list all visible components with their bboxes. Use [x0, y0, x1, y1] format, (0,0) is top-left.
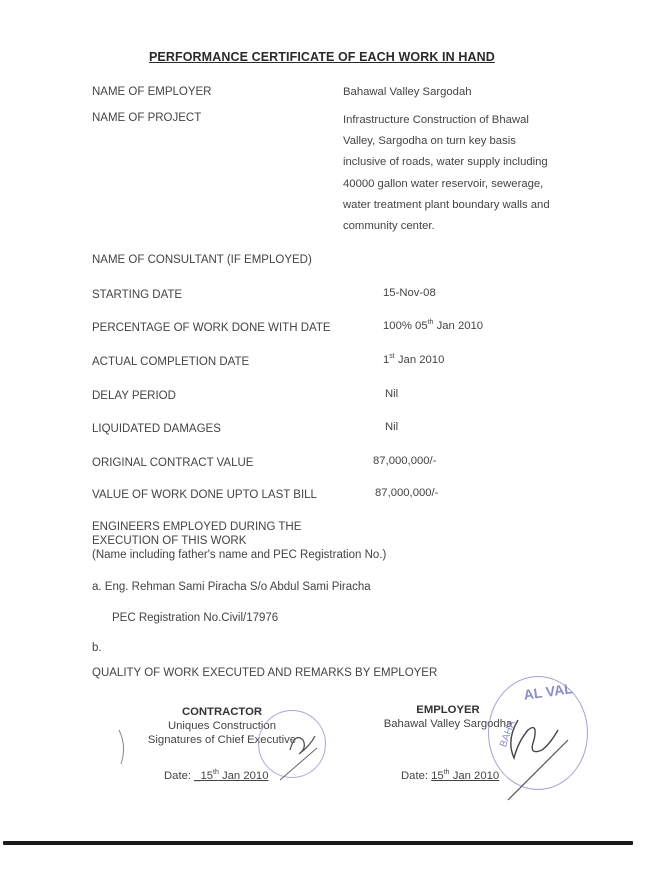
engineers-note: (Name including father's name and PEC Re…	[92, 548, 386, 562]
label-employer: NAME OF EMPLOYER	[92, 86, 212, 98]
label-starting-date: STARTING DATE	[92, 289, 182, 301]
value-percentage-done: 100% 05th Jan 2010	[383, 320, 483, 332]
engineer-b: b.	[92, 642, 102, 654]
engineers-section: ENGINEERS EMPLOYED DURING THE EXECUTION …	[92, 520, 386, 562]
bottom-divider	[3, 841, 633, 845]
engineer-a-registration: PEC Registration No.Civil/17976	[112, 612, 278, 624]
employer-date: Date: 15th Jan 2010	[401, 770, 499, 782]
label-delay-period: DELAY PERIOD	[92, 390, 176, 402]
label-liquidated-damages: LIQUIDATED DAMAGES	[92, 423, 221, 435]
bracket-mark-icon	[115, 728, 135, 768]
value-project: Infrastructure Construction of Bhawal Va…	[343, 110, 558, 237]
quality-heading: QUALITY OF WORK EXECUTED AND REMARKS BY …	[92, 667, 437, 679]
label-value-work-done: VALUE OF WORK DONE UPTO LAST BILL	[92, 489, 317, 501]
engineer-a: a. Eng. Rehman Sami Piracha S/o Abdul Sa…	[92, 581, 371, 593]
document-title: PERFORMANCE CERTIFICATE OF EACH WORK IN …	[149, 50, 495, 64]
value-starting-date: 15-Nov-08	[383, 287, 436, 299]
engineers-heading-1: ENGINEERS EMPLOYED DURING THE	[92, 520, 386, 534]
label-consultant: NAME OF CONSULTANT (IF EMPLOYED)	[92, 254, 312, 266]
engineers-heading-2: EXECUTION OF THIS WORK	[92, 534, 386, 548]
value-liquidated-damages: Nil	[385, 421, 398, 433]
contractor-signature-icon	[255, 710, 335, 790]
label-completion-date: ACTUAL COMPLETION DATE	[92, 356, 249, 368]
value-work-done: 87,000,000/-	[375, 487, 438, 499]
value-original-contract-value: 87,000,000/-	[373, 455, 436, 467]
label-original-contract-value: ORIGINAL CONTRACT VALUE	[92, 457, 253, 469]
value-delay-period: Nil	[385, 388, 398, 400]
value-completion-date: 1st Jan 2010	[383, 354, 444, 366]
label-project: NAME OF PROJECT	[92, 112, 201, 124]
value-employer: Bahawal Valley Sargodah	[343, 86, 472, 98]
employer-signature-icon	[498, 700, 588, 810]
label-percentage-done: PERCENTAGE OF WORK DONE WITH DATE	[92, 322, 331, 334]
contractor-date: Date: _15th Jan 2010	[164, 770, 268, 782]
